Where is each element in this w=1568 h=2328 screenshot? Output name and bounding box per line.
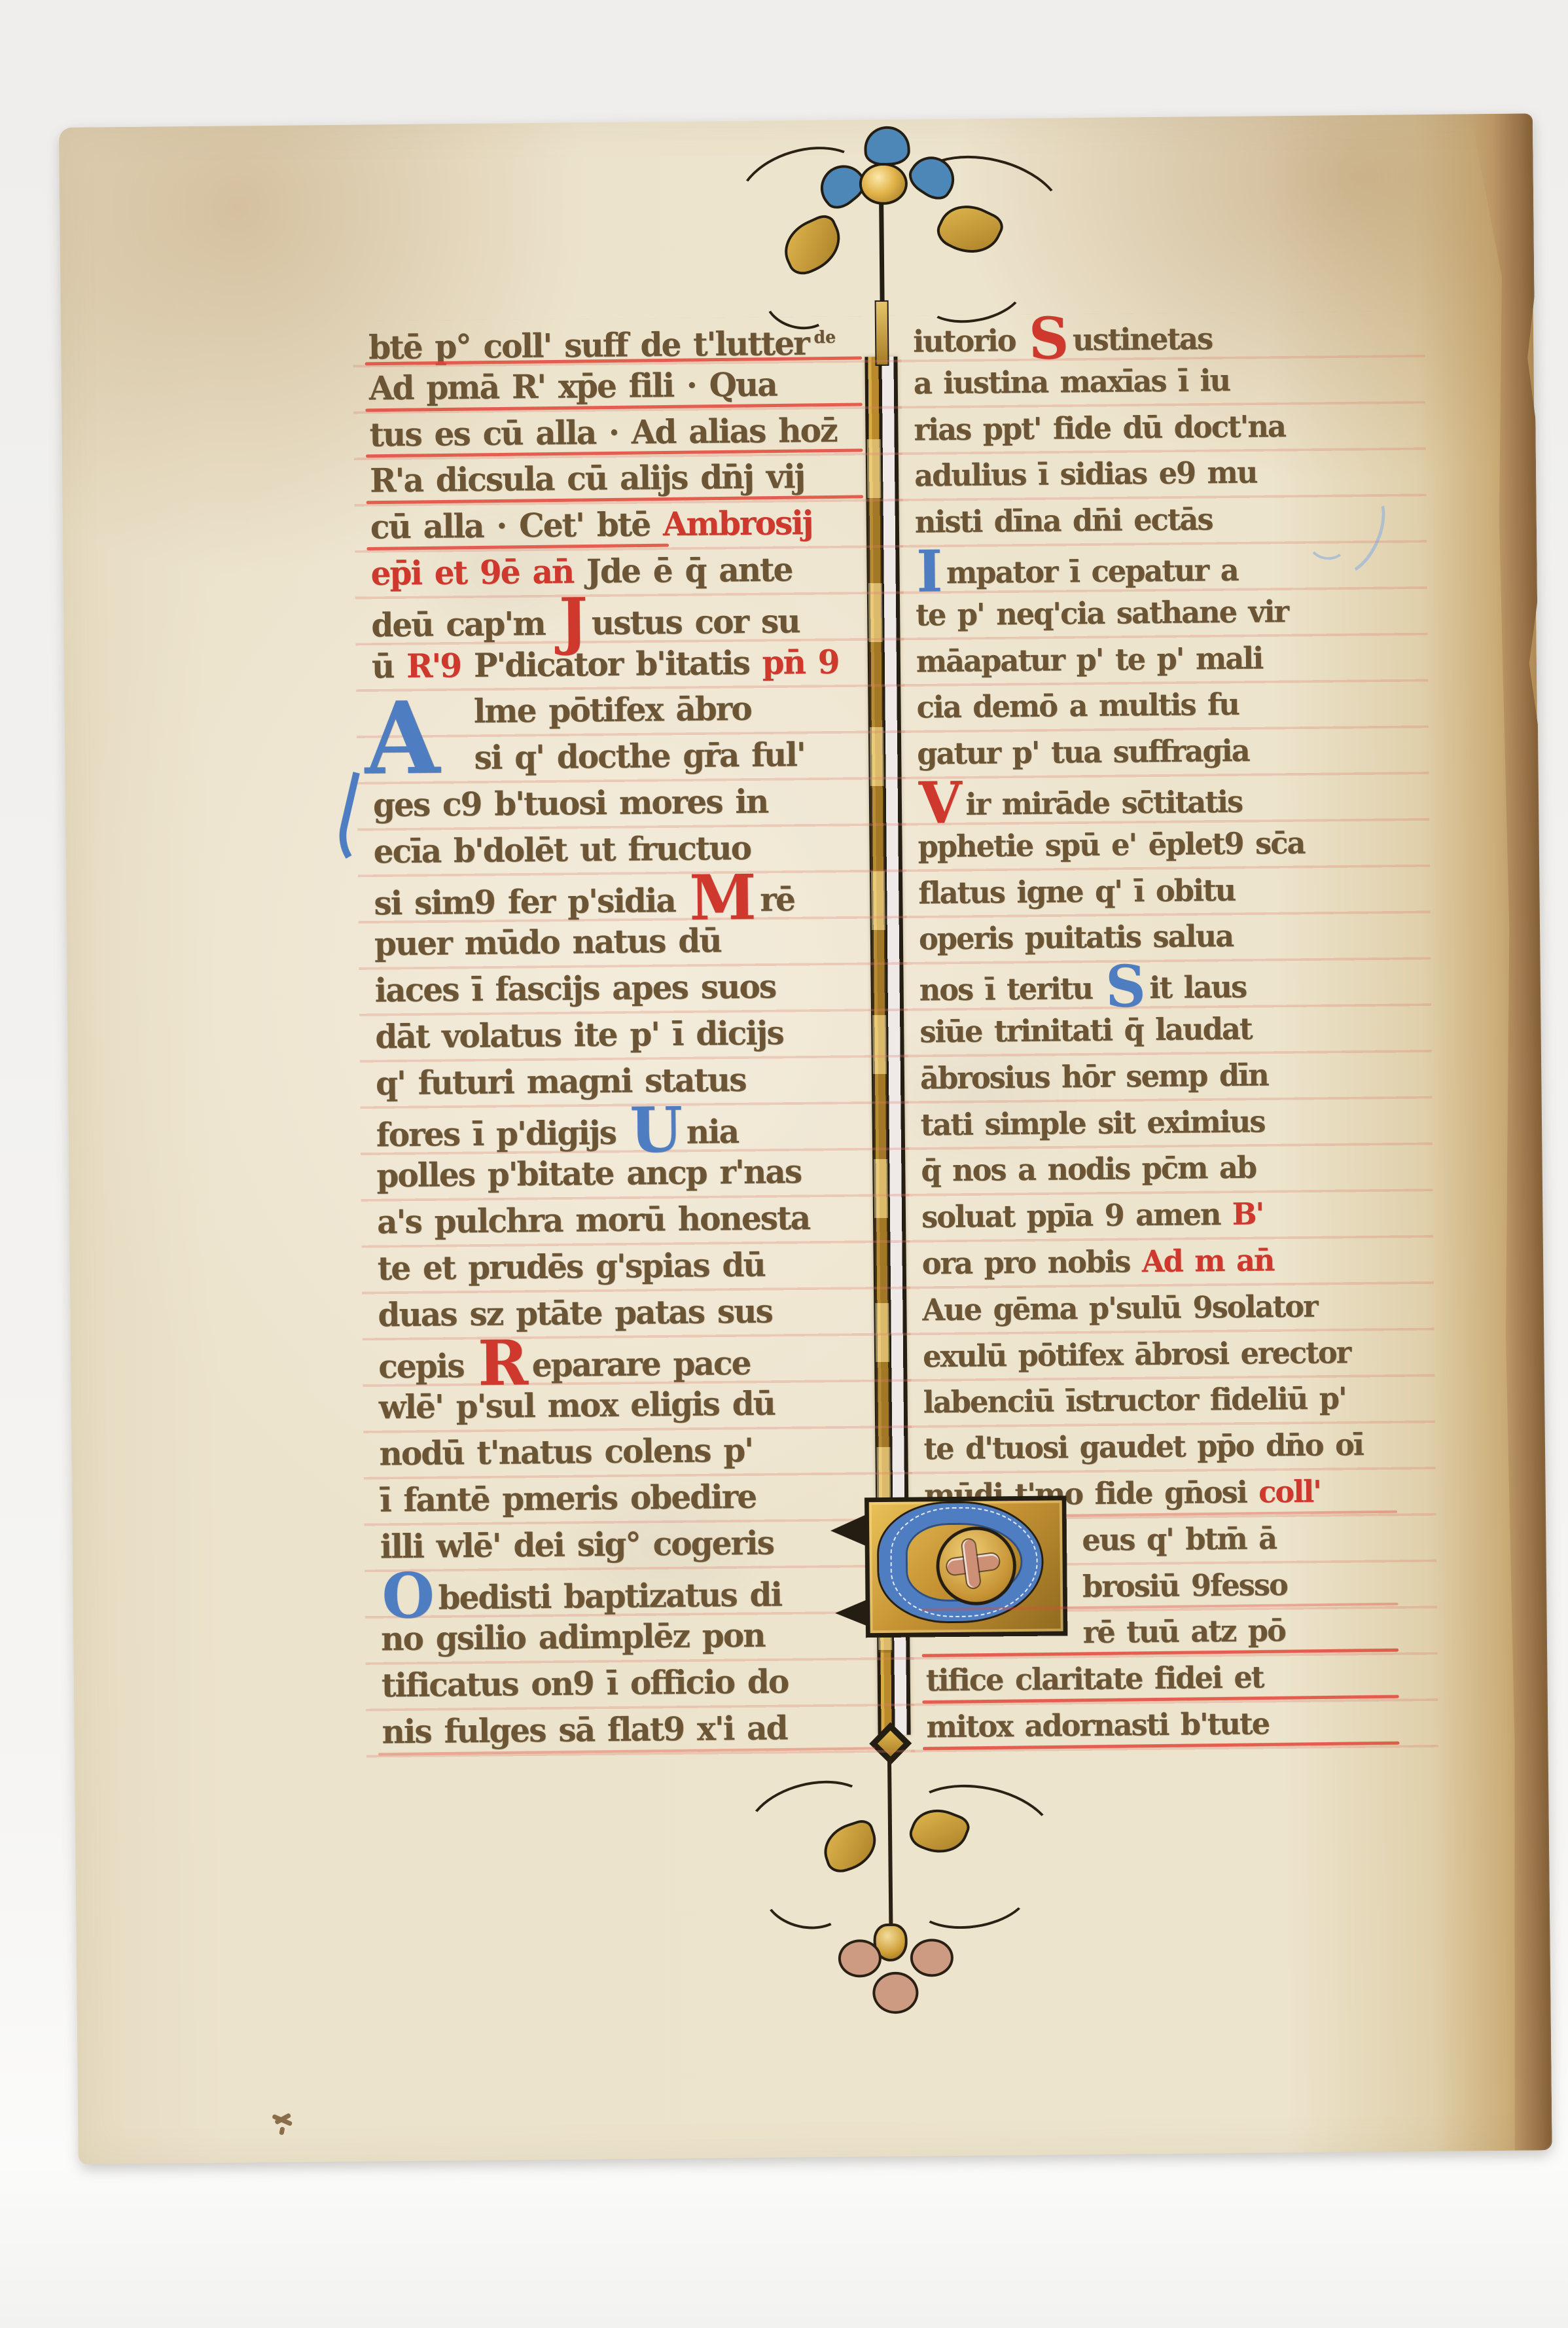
text-run: ir mirāde sc̄titatis bbox=[965, 784, 1242, 822]
text-line: ora pro nobis Ad m an̄ bbox=[921, 1238, 1389, 1289]
text-line: dāt volatus ite p' ī dicijs bbox=[375, 1011, 863, 1062]
text-line: te d'tuosi gaudet pp̄o dn̄o oī bbox=[923, 1424, 1391, 1475]
text-line: Vir mirāde sc̄titatis bbox=[918, 775, 1385, 826]
gutter-edge bbox=[1470, 113, 1552, 2151]
text-run: rē bbox=[760, 880, 794, 919]
text-run: cepis bbox=[378, 1346, 477, 1385]
text-run: iaces ī fascijs apes suos bbox=[374, 967, 775, 1010]
text-line: iutorio Sustinetas bbox=[913, 312, 1381, 363]
text-line: tifice claritate fidei et bbox=[926, 1655, 1394, 1706]
right-text-column: iutorio Sustinetasa iustina maxīas ī iur… bbox=[913, 311, 1408, 1752]
pink-petal bbox=[872, 1972, 919, 2015]
text-run: ora pro nobis bbox=[921, 1244, 1142, 1281]
text-line: māapatur p' te p' mali bbox=[916, 636, 1384, 687]
text-run: nos ī teritu bbox=[919, 971, 1104, 1008]
text-run: soluat ppīa 9 amen bbox=[921, 1196, 1232, 1235]
text-line: Alme pōtifex ābro bbox=[372, 687, 860, 738]
text-run: tificatus on9 ī officio do bbox=[382, 1662, 789, 1705]
text-line: brosiū 9fesso bbox=[925, 1562, 1393, 1613]
text-line: ep̄i et 9ē an̄ Jde ē q̄ ante bbox=[370, 548, 859, 599]
text-run: q' futuri magni status bbox=[376, 1060, 746, 1102]
text-run: nodū t'natus colens p' bbox=[379, 1431, 753, 1473]
text-run: a's pulchra morū honesta bbox=[377, 1198, 810, 1241]
versal-initial-I: I bbox=[916, 555, 941, 588]
text-run: polles p'bitate ancp r'nas bbox=[376, 1153, 801, 1195]
text-run: nis fulges sā flat9 x'i ad bbox=[382, 1708, 787, 1751]
text-line: tati simple sit eximius bbox=[920, 1099, 1388, 1150]
text-line: operis puitatis salua bbox=[919, 914, 1387, 965]
text-run: duas sz ptāte patas sus bbox=[378, 1291, 772, 1334]
text-line: tificatus on9 ī officio do bbox=[382, 1660, 870, 1711]
foliate-tailpiece-ornament bbox=[748, 1718, 1052, 2048]
text-line: nisti dīna dn̄i ectās bbox=[915, 497, 1383, 548]
text-run: te et prudēs g'spias dū bbox=[377, 1245, 764, 1288]
text-run: eus q' btm̄ ā bbox=[1082, 1520, 1276, 1558]
text-run: cū alla · Cet' btē bbox=[370, 505, 664, 546]
flower-stem bbox=[887, 1757, 893, 1929]
blue-petal bbox=[863, 125, 911, 166]
text-run: te p' neq'cia sathane vir bbox=[916, 594, 1288, 632]
text-run: brosiū 9fesso bbox=[1082, 1567, 1287, 1604]
text-run: pn̄ 9 bbox=[762, 642, 838, 681]
text-run: iutorio bbox=[913, 323, 1027, 359]
text-line: adulius ī sidias e9 mu bbox=[914, 450, 1382, 501]
text-line: ū R'9 P'dicator b'itatis pn̄ 9 bbox=[372, 641, 860, 692]
text-run: exulū pōtifex ābrosi erector bbox=[923, 1334, 1351, 1374]
text-run: ī fantē pmeris obedire bbox=[380, 1477, 757, 1520]
text-run: it laus bbox=[1149, 969, 1246, 1005]
left-text-column: btē p° coll' suff de t'lutterdeAd pmā R'… bbox=[368, 316, 885, 1757]
text-line: eus q' btm̄ ā bbox=[924, 1516, 1392, 1567]
text-line: siūe trinitati q̄ laudat bbox=[919, 1007, 1387, 1058]
text-line: si sim9 fer p'sidia Mrē bbox=[374, 872, 862, 923]
text-run: māapatur p' te p' mali bbox=[916, 640, 1263, 679]
text-run: q̄ nos a nodis pc̄m ab bbox=[921, 1150, 1256, 1189]
text-run: te d'tuosi gaudet pp̄o dn̄o oī bbox=[923, 1427, 1363, 1466]
text-line: iaces ī fascijs apes suos bbox=[374, 965, 863, 1016]
text-line: si q' docthe gr̄a ful' bbox=[372, 733, 861, 784]
text-run: ep̄i et 9ē an̄ bbox=[370, 552, 586, 592]
text-line: no gsilio adimplēz pon bbox=[381, 1614, 869, 1665]
text-line: a's pulchra morū honesta bbox=[377, 1196, 865, 1247]
text-run: nisti dīna dn̄i ectās bbox=[915, 501, 1213, 539]
versal-initial-O: O bbox=[382, 1579, 433, 1613]
text-line: Impator ī cepatur a bbox=[915, 543, 1383, 594]
text-line: Ad pmā R' xp̄e fili · Qua bbox=[369, 363, 857, 414]
text-line: puer mūdo natus dū bbox=[374, 919, 863, 970]
text-run: gatur p' tua suffragia bbox=[917, 733, 1249, 772]
text-line: gatur p' tua suffragia bbox=[917, 728, 1385, 779]
text-line: nodū t'natus colens p' bbox=[379, 1428, 867, 1479]
versal-initial-S: S bbox=[1105, 970, 1145, 1003]
text-line: ī fantē pmeris obedire bbox=[380, 1475, 868, 1526]
text-run: rias ppt' fide dū doct'na bbox=[914, 408, 1285, 447]
text-run: coll' bbox=[1258, 1474, 1321, 1510]
text-run: deū cap'm bbox=[371, 603, 558, 644]
text-line: cū alla · Cet' btē Ambrosij bbox=[370, 501, 859, 552]
text-run: operis puitatis salua bbox=[919, 918, 1234, 957]
gold-bud bbox=[859, 163, 908, 206]
text-line: labenciū īstructor fideliū p' bbox=[923, 1377, 1391, 1428]
text-run: tifice claritate fidei et bbox=[926, 1660, 1264, 1698]
text-run: Jde ē q̄ ante bbox=[586, 550, 793, 590]
text-line: flatus igne q' ī obitu bbox=[918, 867, 1386, 918]
text-line: te et prudēs g'spias dū bbox=[377, 1243, 865, 1294]
text-run: tati simple sit eximius bbox=[920, 1103, 1264, 1142]
text-run: eparare pace bbox=[531, 1343, 750, 1384]
text-line: ecīa b'dolēt ut fructuo bbox=[373, 826, 861, 877]
text-line: Obedisti baptizatus di bbox=[380, 1567, 868, 1619]
text-run: puer mūdo natus dū bbox=[374, 922, 721, 963]
text-line: wlē' p'sul mox eligis dū bbox=[378, 1382, 866, 1433]
text-run: si q' docthe gr̄a ful' bbox=[474, 735, 805, 777]
text-run: mpator ī cepatur a bbox=[946, 552, 1238, 590]
text-line: q̄ nos a nodis pc̄m ab bbox=[921, 1145, 1389, 1196]
text-run: lme pōtifex ābro bbox=[474, 689, 752, 730]
text-run: ustus cor su bbox=[592, 601, 800, 642]
text-line: deū cap'm Justus cor su bbox=[371, 594, 859, 645]
versal-initial-M: M bbox=[689, 881, 755, 914]
text-line: btē p° coll' suff de t'lutterde bbox=[368, 316, 857, 367]
text-run: ābrosius hōr semp dīn bbox=[920, 1057, 1268, 1096]
text-line: soluat ppīa 9 amen B' bbox=[921, 1192, 1389, 1243]
text-line: ābrosius hōr semp dīn bbox=[920, 1052, 1388, 1103]
text-run: Ad m an̄ bbox=[1142, 1242, 1274, 1279]
text-line: cepis Reparare pace bbox=[378, 1336, 866, 1387]
text-run: B' bbox=[1232, 1196, 1263, 1232]
text-line: polles p'bitate ancp r'nas bbox=[376, 1151, 864, 1202]
versal-initial-R: R bbox=[478, 1347, 527, 1380]
text-run: cia demō a multis fu bbox=[916, 687, 1239, 725]
text-run: Aue gēma p'sulū 9solator bbox=[922, 1288, 1317, 1327]
text-run: adulius ī sidias e9 mu bbox=[914, 455, 1257, 493]
text-run: si sim9 fer p'sidia bbox=[374, 880, 688, 922]
text-line: te p' neq'cia sathane vir bbox=[916, 589, 1383, 640]
text-line: nis fulges sā flat9 x'i ad bbox=[382, 1706, 870, 1757]
text-run: fores ī p'digijs bbox=[376, 1113, 629, 1154]
text-run: a iustina maxīas ī iu bbox=[914, 363, 1230, 401]
text-run: P'dicator b'itatis bbox=[474, 643, 762, 684]
text-line: nos ī teritu Sit laus bbox=[919, 960, 1387, 1011]
text-run: btē p° coll' suff de t'lutter bbox=[368, 324, 809, 367]
text-line: cia demō a multis fu bbox=[916, 682, 1384, 733]
text-line: rias ppt' fide dū doct'na bbox=[914, 404, 1381, 455]
text-run: de bbox=[813, 328, 836, 348]
text-run: illi wlē' dei sig° cogeris bbox=[380, 1523, 774, 1566]
versal-initial-S: S bbox=[1029, 322, 1068, 355]
text-line: rē tuū atz pō bbox=[925, 1609, 1393, 1660]
text-run: wlē' p'sul mox eligis dū bbox=[379, 1384, 775, 1427]
text-line: R'a dicsula cū alijs dn̄j vij bbox=[370, 456, 858, 507]
text-line: mitox adornasti b'tute bbox=[926, 1701, 1394, 1752]
text-run: Ambrosij bbox=[663, 503, 813, 543]
text-run: nia bbox=[686, 1112, 738, 1151]
manuscript-leaf: btē p° coll' suff de t'lutterdeAd pmā R'… bbox=[59, 113, 1551, 2164]
text-run: no gsilio adimplēz pon bbox=[381, 1616, 765, 1658]
text-run: dāt volatus ite p' ī dicijs bbox=[375, 1013, 783, 1056]
text-line: illi wlē' dei sig° cogeris bbox=[380, 1521, 868, 1572]
text-line: duas sz ptāte patas sus bbox=[378, 1289, 866, 1340]
ink-mark bbox=[269, 2106, 295, 2136]
text-run: R'a dicsula cū alijs dn̄j vij bbox=[370, 457, 805, 499]
photo-background: btē p° coll' suff de t'lutterdeAd pmā R'… bbox=[0, 0, 1568, 2328]
text-run: bedisti baptizatus di bbox=[438, 1575, 781, 1617]
versal-initial-J: J bbox=[559, 605, 586, 637]
text-run: siūe trinitati q̄ laudat bbox=[919, 1011, 1252, 1050]
text-run: pphetie spū e' ēplet9 sc̄a bbox=[918, 825, 1304, 865]
versal-initial-V: V bbox=[919, 787, 961, 820]
pink-petal bbox=[838, 1939, 882, 1978]
text-line: fores ī p'digijs Unia bbox=[376, 1104, 864, 1155]
text-run: Ad pmā R' xp̄e fili · Qua bbox=[369, 365, 777, 407]
text-line: q' futuri magni status bbox=[376, 1058, 864, 1109]
text-run: flatus igne q' ī obitu bbox=[918, 872, 1235, 910]
pen-tendril bbox=[758, 1862, 853, 1937]
text-run: ustinetas bbox=[1073, 321, 1213, 357]
text-run: ges c9 b'tuosi mores in bbox=[373, 782, 768, 825]
text-line: ges c9 b'tuosi mores in bbox=[373, 779, 861, 831]
versal-initial-U: U bbox=[630, 1113, 681, 1147]
text-run: labenciū īstructor fideliū p' bbox=[923, 1381, 1345, 1420]
text-line: pphetie spū e' ēplet9 sc̄a bbox=[918, 821, 1385, 872]
text-line: exulū pōtifex ābrosi erector bbox=[923, 1331, 1391, 1382]
text-line: a iustina maxīas ī iu bbox=[913, 357, 1381, 408]
text-line: Aue gēma p'sulū 9solator bbox=[922, 1284, 1390, 1335]
pink-petal bbox=[910, 1939, 954, 1977]
text-line: tus es cū alla · Ad alias hoz̄ bbox=[369, 409, 857, 460]
text-run: tus es cū alla · Ad alias hoz̄ bbox=[369, 410, 837, 454]
text-run: mitox adornasti b'tute bbox=[926, 1706, 1269, 1744]
text-run: rē tuū atz pō bbox=[1082, 1613, 1285, 1650]
